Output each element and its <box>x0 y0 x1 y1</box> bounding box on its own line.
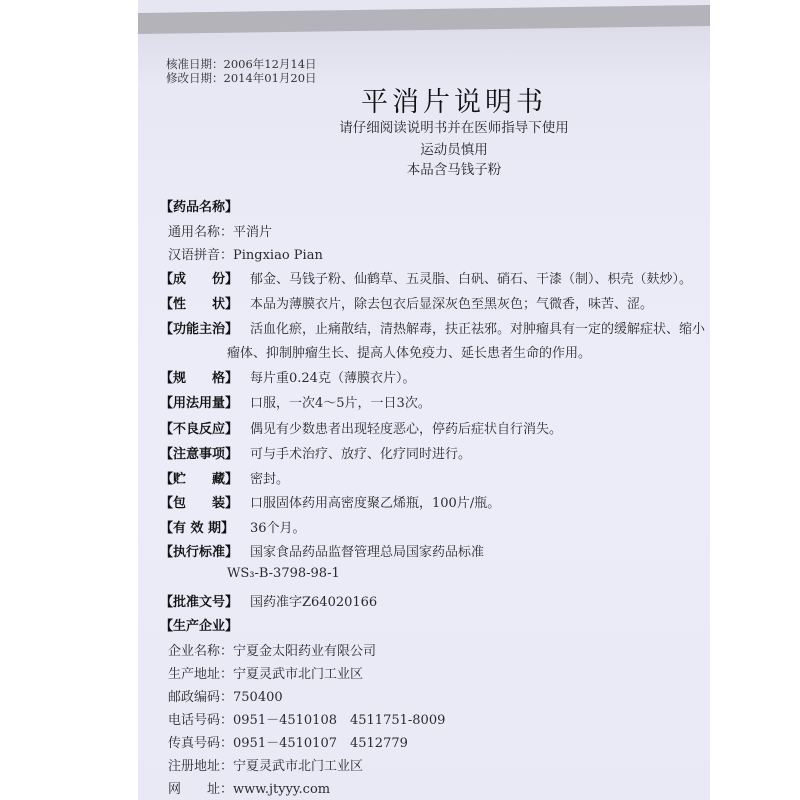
specification-row: 【规 格】每片重0.24克（薄膜衣片）。 <box>160 367 415 386</box>
drug-name-heading: 【药品名称】 <box>160 196 238 215</box>
adverse-row: 【不良反应】偶见有少数患者出现轻度恶心，停药后症状自行消失。 <box>160 418 562 437</box>
document-title: 平消片说明书 <box>138 80 710 119</box>
athlete-warning: 运动员慎用 <box>138 138 710 158</box>
company-name: 企业名称：宁夏金太阳药业有限公司 <box>168 640 376 659</box>
ingredients-row: 【成 份】郁金、马钱子粉、仙鹤草、五灵脂、白矾、硝石、干漆（制）、枳壳（麸炒）。 <box>160 268 692 287</box>
website: 网 址：www.jtyyy.com <box>168 778 330 797</box>
precautions-row: 【注意事项】可与手术治疗、放疗、化疗同时进行。 <box>160 443 471 462</box>
phone-number: 电话号码：0951－4510108 4511751-8009 <box>168 709 445 728</box>
indications-row: 【功能主治】活血化瘀，止痛散结，清热解毒，扶正祛邪。对肿瘤具有一定的缓解症状、缩… <box>160 318 705 337</box>
validity-row: 【有 效 期】36个月。 <box>160 517 306 536</box>
leaflet-paper: 核准日期：2006年12月14日 修改日期：2014年01月20日 平消片说明书… <box>138 0 710 800</box>
standard-code: WS₃-B-3798-98-1 <box>227 566 340 581</box>
generic-name: 通用名称：平消片 <box>168 221 272 240</box>
registered-address: 注册地址：宁夏灵武市北门工业区 <box>168 755 363 774</box>
indications-cont: 瘤体、抑制肿瘤生长、提高人体免疫力、延长患者生命的作用。 <box>227 342 591 361</box>
contains-notice: 本品含马钱子粉 <box>138 158 710 178</box>
description-row: 【性 状】本品为薄膜衣片，除去包衣后显深灰色至黑灰色；气微香，味苦、涩。 <box>160 293 653 312</box>
packaging-row: 【包 装】口服固体药用高密度聚乙烯瓶，100片/瓶。 <box>160 492 500 511</box>
dosage-row: 【用法用量】口服，一次4～5片，一日3次。 <box>160 392 431 411</box>
approval-date: 核准日期：2006年12月14日 <box>166 57 317 71</box>
approval-number-row: 【批准文号】国药准字Z64020166 <box>160 591 377 610</box>
storage-row: 【贮 藏】密封。 <box>160 468 289 487</box>
postcode: 邮政编码：750400 <box>168 686 283 705</box>
fax-number: 传真号码：0951－4510107 4512779 <box>168 732 408 751</box>
manufacturer-heading: 【生产企业】 <box>160 615 238 634</box>
production-address: 生产地址：宁夏灵武市北门工业区 <box>168 663 363 682</box>
pinyin-name: 汉语拼音：Pingxiao Pian <box>168 244 323 263</box>
instruction-text: 请仔细阅读说明书并在医师指导下使用 <box>138 116 710 136</box>
standard-row: 【执行标准】国家食品药品监督管理总局国家药品标准 <box>160 541 484 560</box>
